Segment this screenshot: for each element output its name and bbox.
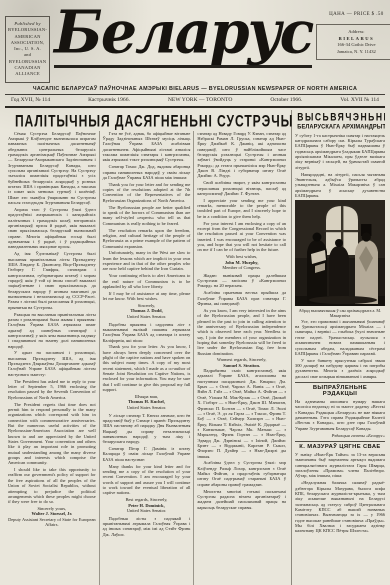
masthead-title-wrap: Беларус bbox=[54, 4, 312, 68]
ordination-photo bbox=[295, 200, 385, 306]
newspaper-page: Published byBYELORUSSIAN-AMERICANASSOCIA… bbox=[0, 0, 390, 585]
subtitle-line: ЧАСАПІС БЕЛАРУСАЎ ПАЎНОЧНАЕ АМЭРЫКІ BIEL… bbox=[5, 86, 385, 92]
ordination-figure: Абрад высьвячэньня ў сан архімандрыта а.… bbox=[295, 200, 385, 318]
article-archimandrite: ВЫСЬВЯЧЭНЬНЕ БЕЛАРУСКАГА АРХІМАНДРЫТА У … bbox=[292, 110, 385, 585]
masthead-title: Беларус bbox=[54, 2, 312, 64]
left-article-column-2: Гэта не ўсё, аднак, бо афіцыйнае вітаньн… bbox=[100, 131, 195, 585]
page-content: ПАЛІТЫЧНЫЯ ДАСЯГНЕНЬНІ СУСТРЭЧЫ Сёмая Су… bbox=[5, 110, 385, 585]
left-article-column-3: сэнатар ад Нэваду Говард У. Кэнан, сэнат… bbox=[194, 131, 289, 585]
dateline: Год XVII, № 114 Кастрычнік 1966. NEW YOR… bbox=[5, 94, 385, 108]
mazurau-body: У зьніку «Нью-Ёрк Таймз» за 13-га верась… bbox=[295, 452, 385, 534]
right-article-intro: У суботу 1-га кастрычніка сьвятар і наст… bbox=[295, 133, 385, 199]
dateline-month-en: October 1966. bbox=[270, 97, 302, 103]
correction-heading: ВЫПРАЎЛЕНЬНЕ РЭДАКЦЫІ bbox=[295, 385, 385, 397]
masthead-right: ЦАНА — PRICE $ .50 Address:BIELARUS166-3… bbox=[316, 4, 390, 60]
right-article-headline-line2: БЕЛАРУСКАГА АРХІМАНДРЫТА bbox=[297, 124, 383, 131]
photo-caption: Абрад высьвячэньня ў сан архімандрыта а.… bbox=[295, 308, 385, 318]
left-article-headline: ПАЛІТЫЧНЫЯ ДАСЯГНЕНЬНІ СУСТРЭЧЫ bbox=[15, 111, 279, 131]
masthead: Published byBYELORUSSIAN-AMERICANASSOCIA… bbox=[5, 4, 385, 83]
address-box: Address:BIELARUS166-34 Gothic DriveJamai… bbox=[316, 24, 390, 60]
article-political-achievements: ПАЛІТЫЧНЫЯ ДАСЯГНЕНЬНІ СУСТРЭЧЫ Сёмая Су… bbox=[5, 110, 292, 585]
dateline-month-bel: Кастрычнік 1966. bbox=[88, 97, 130, 103]
left-article-column-1: Сёмая Сустрэча Беларусаў Паўночнае Амэры… bbox=[5, 131, 100, 585]
dateline-cities: NEW YORK — TORONTO bbox=[168, 97, 233, 103]
left-article-columns: Сёмая Сустрэча Беларусаў Паўночнае Амэры… bbox=[5, 131, 289, 585]
editor-correction-section: ВЫПРАЎЛЕНЬНЕ РЭДАКЦЫІ На адзначаны апошн… bbox=[295, 382, 385, 438]
price-line: ЦАНА — PRICE $ .50 bbox=[329, 12, 384, 17]
dateline-vol-right: Vol. XVII № 114 bbox=[340, 97, 379, 103]
publisher-box: Published byBYELORUSSIAN-AMERICANASSOCIA… bbox=[5, 16, 50, 83]
right-article-headline-line1: ВЫСЬВЯЧЭНЬНЕ bbox=[297, 111, 383, 123]
right-article-body: Усе, хто прамовамі і жычаньнямі ўшанаваў… bbox=[295, 319, 385, 379]
mazurau-section: К. МАЗУРАЎ ЦЯГНЕ СВАЕ У зьніку «Нью-Ёрк … bbox=[295, 441, 385, 534]
dateline-vol-left: Год XVII, № 114 bbox=[11, 97, 50, 103]
correction-body: На адзначаны апошняга нумару нашага часо… bbox=[295, 399, 385, 438]
mazurau-heading: К. МАЗУРАЎ ЦЯГНЕ СВАЕ bbox=[295, 444, 385, 450]
